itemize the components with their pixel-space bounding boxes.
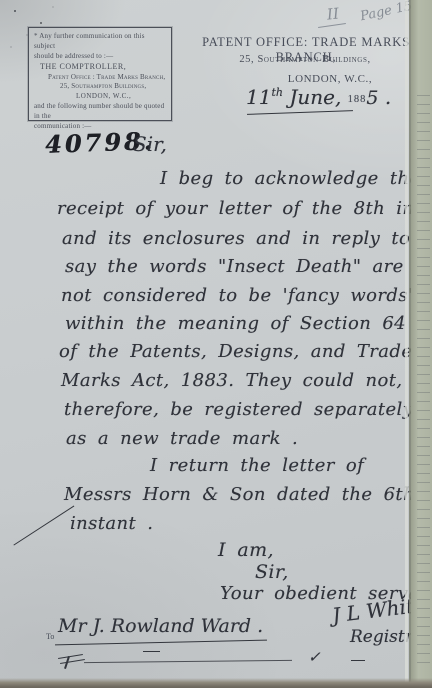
letterhead-buildings: 25, Southampton Buildings, (205, 54, 405, 65)
pencil-underline (318, 23, 346, 28)
addressee-underline (55, 640, 267, 646)
date-suffix: th (271, 86, 283, 99)
letter-line: I beg to acknowledge the (160, 166, 421, 192)
date-day: 11 (246, 85, 271, 109)
bottom-long-line (84, 660, 292, 663)
tick-mark: ✓ (308, 648, 321, 666)
letter-line: Marks Act, 1883. They could not, (61, 368, 402, 394)
margin-pen-stroke (13, 506, 74, 546)
bottom-edge-shadow (0, 678, 432, 688)
letter-line: Messrs Horn & Son dated the 6th (64, 482, 415, 508)
stamp-note-line: should be addressed to :— (34, 52, 166, 62)
date-printed-year: 188 (348, 94, 367, 105)
letter-line: I return the letter of (150, 453, 364, 479)
addressee-name: Mr J. Rowland Ward . (58, 615, 263, 637)
letter-line: not considered to be 'fancy words' (61, 283, 413, 309)
salutation: Sir, (133, 132, 167, 156)
ink-speck-cluster (14, 10, 16, 12)
addressee-to-label: To (46, 632, 54, 641)
letter-line: receipt of your letter of the 8th instan… (57, 196, 432, 222)
stamp-comptroller: THE COMPTROLLER, (34, 61, 166, 72)
stamp-city: LONDON, W.C., (34, 92, 166, 102)
addressee-dash (143, 651, 160, 652)
letter-line: and its enclosures and in reply to (62, 226, 410, 252)
stamp-note-line: and the following number should be quote… (34, 102, 166, 122)
bottom-mark-stroke (60, 659, 85, 664)
letterhead-city: LONDON, W.C., (255, 73, 405, 85)
date-underline (247, 110, 353, 115)
date-year-digit: 5 (366, 87, 378, 109)
stamp-buildings: 25, Southampton Buildings, (34, 82, 166, 92)
date-period: . (385, 85, 391, 109)
date-month: June, (289, 85, 341, 109)
letter-line: within the meaning of Section 64 (65, 311, 406, 337)
signature-dash (351, 660, 365, 661)
letter-line: of the Patents, Designs, and Trade (59, 339, 412, 365)
pencil-numeral: II (326, 4, 340, 23)
letter-line: therefore, be registered separately (64, 397, 413, 423)
page-edge-highlight (405, 0, 408, 688)
letter-scan: II Page 15 * Any further communication o… (0, 0, 432, 688)
letter-line: instant . (70, 511, 153, 537)
stamp-note-line: * Any further communication on this subj… (34, 32, 166, 52)
reference-stamp-box: * Any further communication on this subj… (28, 27, 172, 121)
date-line: 11th June, 1885 . (246, 85, 391, 109)
letter-line: as a new trade mark . (66, 426, 298, 452)
letter-line: say the words "Insect Death" are (65, 254, 404, 280)
stamp-office: Patent Office : Trade Marks Branch, (34, 73, 166, 83)
adjacent-page-writing (417, 95, 430, 670)
bottom-mark-stroke (58, 654, 83, 659)
